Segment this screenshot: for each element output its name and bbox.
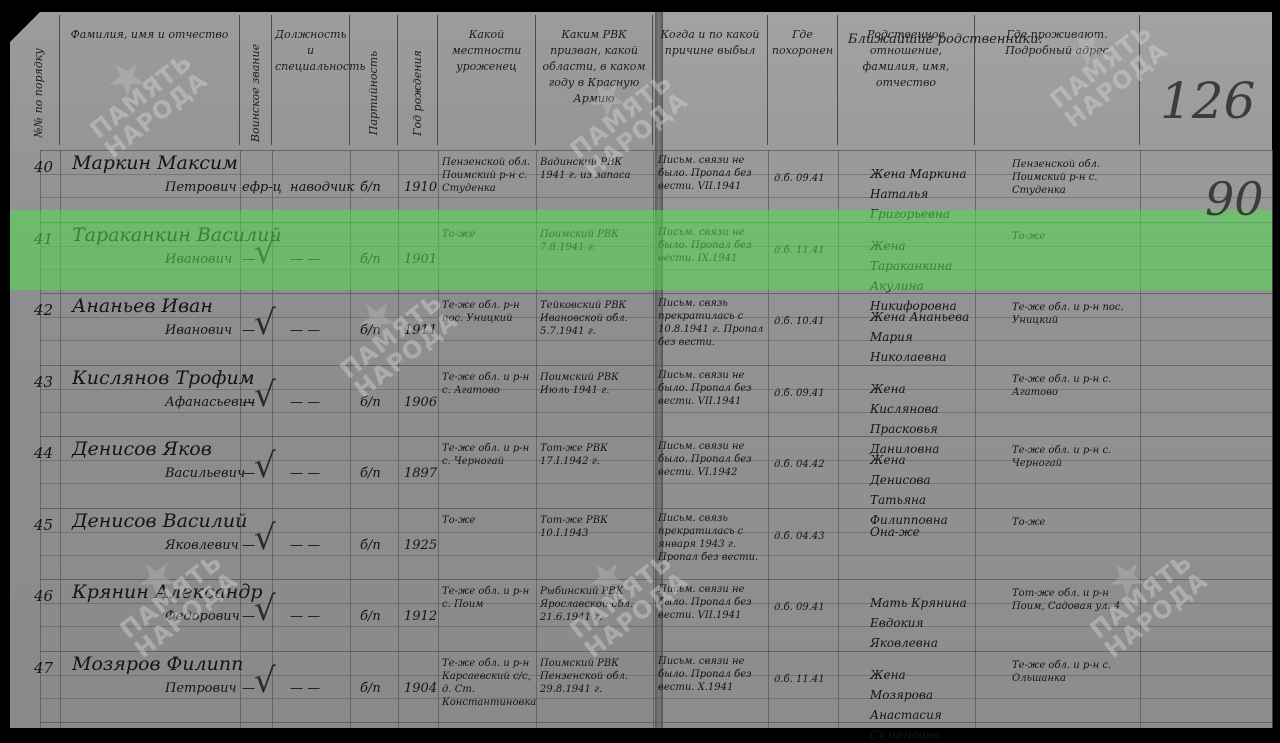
header-born: Год рождения bbox=[398, 15, 438, 145]
header-party: Партийность bbox=[350, 15, 398, 145]
header-label: Когда и по какой причине выбыл bbox=[661, 28, 760, 57]
table-row: 46Крянин АлександрФедорович—— —√б/п1912Т… bbox=[0, 579, 1232, 647]
header-rank: Воинское звание bbox=[240, 15, 272, 145]
header-label: №№ по порядку bbox=[31, 48, 47, 137]
row-buried: д.б. 10.41 bbox=[774, 315, 836, 328]
row-birthplace: То-же bbox=[442, 514, 534, 527]
check-mark-icon: √ bbox=[254, 303, 276, 343]
row-drafted: Поимский РВК Июль 1941 г. bbox=[540, 371, 650, 397]
row-relative: Жена Ананьева Мария Николаевна bbox=[870, 307, 970, 367]
row-address: Те-же обл. и р-н с. Ольшанка bbox=[1012, 659, 1134, 685]
row-number: 47 bbox=[34, 659, 53, 677]
row-surname: Денисов Яков bbox=[72, 438, 212, 460]
page-number-alt: 90 bbox=[1205, 172, 1264, 226]
row-fate: Письм. связи не было. Пропал без вести. … bbox=[658, 655, 766, 694]
row-fate: Письм. связи не было. Пропал без вести. … bbox=[658, 369, 766, 408]
header-label: Где похоронен bbox=[772, 28, 833, 57]
row-drafted: Поимский РВК Пензенской обл. 29.8.1941 г… bbox=[540, 657, 650, 696]
row-born: 1911 bbox=[404, 323, 437, 338]
header-no: №№ по порядку bbox=[18, 15, 60, 145]
row-party: б/п bbox=[360, 466, 381, 481]
table-row: 44Денисов ЯковВасильевич—— —√б/п1897Те-ж… bbox=[0, 436, 1232, 504]
table-row: 40Маркин МаксимПетровичефр-цнаводчикб/п1… bbox=[0, 150, 1232, 218]
row-surname: Маркин Максим bbox=[72, 152, 238, 174]
row-drafted: Тот-же РВК 10.I.1943 bbox=[540, 514, 650, 540]
row-position: — — bbox=[290, 609, 320, 624]
row-number: 42 bbox=[34, 301, 53, 319]
row-address: Те-же обл. и р-н с. Черногай bbox=[1012, 444, 1134, 470]
row-party: б/п bbox=[360, 252, 381, 267]
row-relative: Жена Маркина Наталья Григорьевна bbox=[870, 164, 970, 224]
header-label: Год рождения bbox=[410, 50, 426, 136]
row-buried: д.б. 09.41 bbox=[774, 601, 836, 614]
row-fate: Письм. связь прекратилась с 10.8.1941 г.… bbox=[658, 297, 766, 349]
row-party: б/п bbox=[360, 538, 381, 553]
header-drafted: Каким РВК призван, какой области, в како… bbox=[536, 15, 653, 145]
check-mark-icon: √ bbox=[254, 446, 276, 486]
header-position: Должность и специальность bbox=[272, 15, 350, 145]
table-row: 41Тараканкин ВасилийИванович—— —√б/п1901… bbox=[0, 222, 1232, 290]
row-address: То-же bbox=[1012, 230, 1134, 243]
row-patronymic: Петрович bbox=[165, 180, 237, 195]
row-drafted: Рыбинский РВК Ярославской обл. 21.6.1941… bbox=[540, 585, 650, 624]
row-buried: д.б. 09.41 bbox=[774, 172, 836, 185]
row-surname: Крянин Александр bbox=[72, 581, 263, 603]
row-birthplace: То-же bbox=[442, 228, 534, 241]
row-born: 1897 bbox=[404, 466, 437, 481]
row-fate: Письм. связи не было. Пропал без вести. … bbox=[658, 440, 766, 479]
row-patronymic: Яковлевич bbox=[165, 538, 239, 553]
row-patronymic: Петрович bbox=[165, 681, 237, 696]
row-patronymic: Иванович bbox=[165, 323, 232, 338]
table-row: 42Ананьев ИванИванович—— —√б/п1911Те-же … bbox=[0, 293, 1232, 361]
row-number: 41 bbox=[34, 230, 53, 248]
row-patronymic: Федорович bbox=[165, 609, 240, 624]
row-party: б/п bbox=[360, 395, 381, 410]
row-birthplace: Те-же обл. и р-н с. Черногай bbox=[442, 442, 534, 468]
row-party: б/п bbox=[360, 681, 381, 696]
header-label: Воинское звание bbox=[248, 44, 264, 142]
row-rank: ефр-ц bbox=[242, 180, 282, 195]
grid-line bbox=[40, 722, 1272, 723]
row-fate: Письм. связи не было. Пропал без вести. … bbox=[658, 154, 766, 193]
header-label: Какой местности уроженец bbox=[452, 28, 522, 73]
header-label: Партийность bbox=[366, 51, 382, 135]
row-birthplace: Те-же обл. и р-н Карсаевский с/с, д. Ст.… bbox=[442, 657, 534, 709]
row-born: 1912 bbox=[404, 609, 437, 624]
row-number: 46 bbox=[34, 587, 53, 605]
row-number: 40 bbox=[34, 158, 53, 176]
row-drafted: Тейковский РВК Ивановской обл. 5.7.1941 … bbox=[540, 299, 650, 338]
row-birthplace: Те-же обл. и р-н с. Агатово bbox=[442, 371, 534, 397]
check-mark-icon: √ bbox=[254, 661, 276, 701]
header-birthplace: Какой местности уроженец bbox=[438, 15, 536, 145]
row-drafted: Поимский РВК 7.8.1941 г. bbox=[540, 228, 650, 254]
row-number: 45 bbox=[34, 516, 53, 534]
row-born: 1925 bbox=[404, 538, 437, 553]
row-fate: Письм. связь прекратилась с января 1943 … bbox=[658, 512, 766, 564]
row-birthplace: Те-же обл. р-н пос. Уницкий bbox=[442, 299, 534, 325]
grid-column-line bbox=[1272, 150, 1273, 728]
row-surname: Тараканкин Василий bbox=[72, 224, 282, 246]
row-address: Те-же обл. и р-н пос. Уницкий bbox=[1012, 301, 1134, 327]
row-surname: Кислянов Трофим bbox=[72, 367, 254, 389]
row-buried: д.б. 04.42 bbox=[774, 458, 836, 471]
row-number: 44 bbox=[34, 444, 53, 462]
row-relative: Она-же bbox=[870, 522, 970, 542]
header-buried: Где похоронен bbox=[768, 15, 838, 145]
row-address: То-же bbox=[1012, 516, 1134, 529]
row-surname: Ананьев Иван bbox=[72, 295, 213, 317]
row-born: 1901 bbox=[404, 252, 437, 267]
row-fate: Письм. связи не было. Пропал без вести. … bbox=[658, 583, 766, 622]
row-party: б/п bbox=[360, 609, 381, 624]
check-mark-icon: √ bbox=[254, 232, 276, 272]
row-party: б/п bbox=[360, 323, 381, 338]
page-number-stamp: 126 bbox=[1160, 72, 1255, 130]
header-label: Каким РВК призван, какой области, в како… bbox=[543, 28, 646, 105]
row-relative: Мать Крянина Евдокия Яковлевна bbox=[870, 593, 970, 653]
check-mark-icon: √ bbox=[254, 589, 276, 629]
row-buried: д.б. 09.41 bbox=[774, 387, 836, 400]
row-surname: Мозяров Филипп bbox=[72, 653, 243, 675]
row-address: Пензенской обл. Поимский р-н с. Студенка bbox=[1012, 158, 1134, 197]
header-group-relatives: Ближайшие родственники: bbox=[848, 32, 1043, 47]
row-drafted: Тот-же РВК 17.I.1942 г. bbox=[540, 442, 650, 468]
row-position: — — bbox=[290, 252, 320, 267]
row-drafted: Вадинский РВК 1941 г. из запаса bbox=[540, 156, 650, 182]
row-relative: Жена Мозярова Анастасия Семеновна bbox=[870, 665, 970, 743]
row-buried: д.б. 11.41 bbox=[774, 673, 836, 686]
row-surname: Денисов Василий bbox=[72, 510, 247, 532]
row-born: 1906 bbox=[404, 395, 437, 410]
row-patronymic: Иванович bbox=[165, 252, 232, 267]
row-birthplace: Те-же обл. и р-н с. Поим bbox=[442, 585, 534, 611]
table-row: 47Мозяров ФилиппПетрович—— —√б/п1904Те-ж… bbox=[0, 651, 1232, 719]
row-position: — — bbox=[290, 681, 320, 696]
table-row: 43Кислянов ТрофимАфанасьевич—— —√б/п1906… bbox=[0, 365, 1232, 433]
check-mark-icon: √ bbox=[254, 375, 276, 415]
header-fate: Когда и по какой причине выбыл bbox=[653, 15, 768, 145]
row-position: наводчик bbox=[290, 180, 354, 195]
row-fate: Письм. связи не было. Пропал без вести. … bbox=[658, 226, 766, 265]
row-address: Те-же обл. и р-н с. Агатово bbox=[1012, 373, 1134, 399]
row-birthplace: Пензенской обл. Поимский р-н с. Студенка bbox=[442, 156, 534, 195]
row-number: 43 bbox=[34, 373, 53, 391]
row-position: — — bbox=[290, 466, 320, 481]
row-party: б/п bbox=[360, 180, 381, 195]
row-born: 1904 bbox=[404, 681, 437, 696]
check-mark-icon: √ bbox=[254, 518, 276, 558]
row-born: 1910 bbox=[404, 180, 437, 195]
row-position: — — bbox=[290, 395, 320, 410]
header-label: Фамилия, имя и отчество bbox=[71, 28, 229, 41]
row-address: Тот-же обл. и р-н Поим, Садовая ул. 4 bbox=[1012, 587, 1134, 613]
row-buried: д.б. 04.43 bbox=[774, 530, 836, 543]
row-position: — — bbox=[290, 323, 320, 338]
table-row: 45Денисов ВасилийЯковлевич—— —√б/п1925То… bbox=[0, 508, 1232, 576]
row-patronymic: Васильевич bbox=[165, 466, 245, 481]
row-position: — — bbox=[290, 538, 320, 553]
header-name: Фамилия, имя и отчество bbox=[60, 15, 240, 145]
row-buried: д.б. 11.41 bbox=[774, 244, 836, 257]
